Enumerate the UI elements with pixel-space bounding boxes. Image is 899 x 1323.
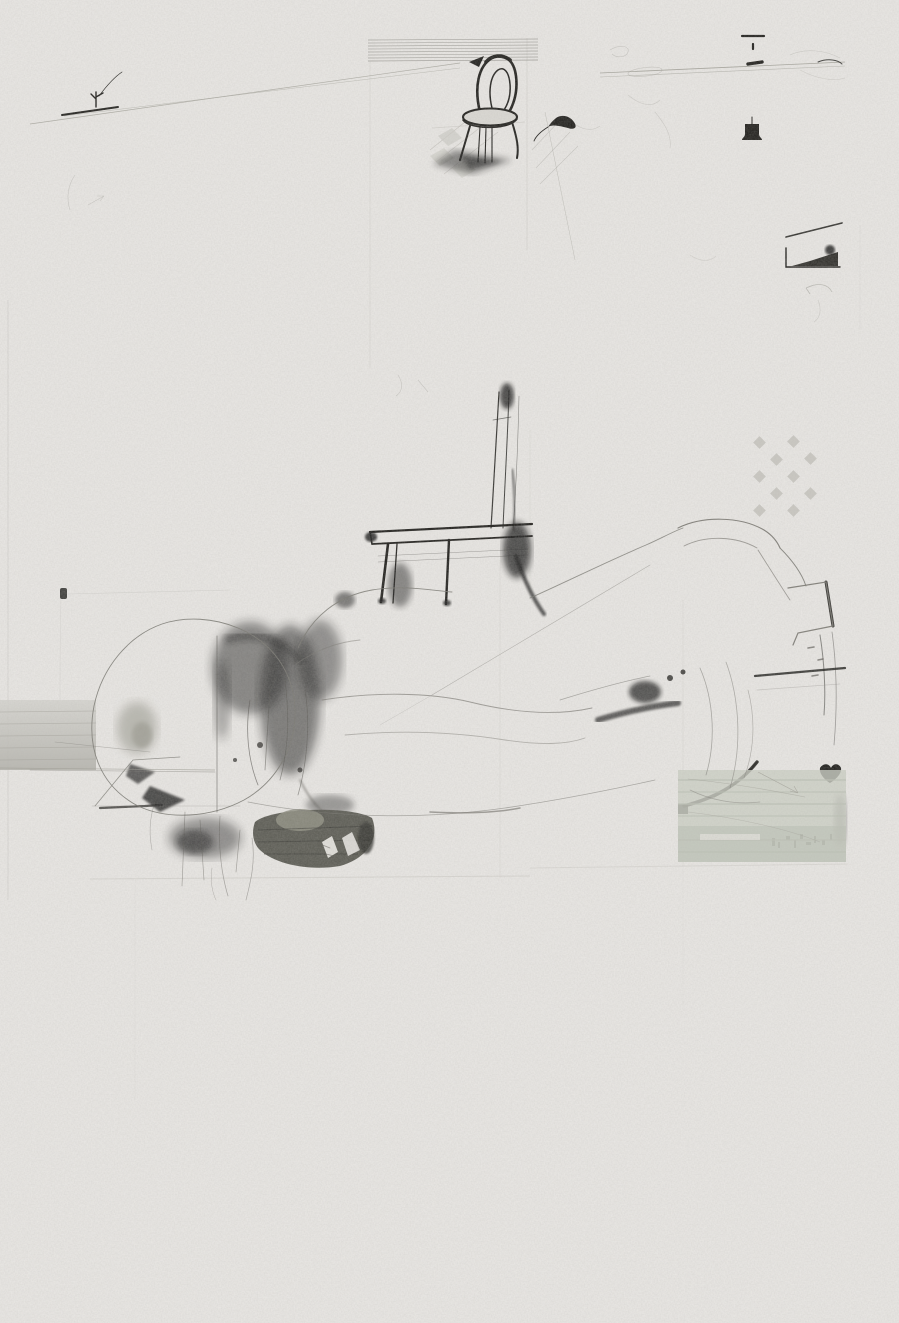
paper-noise-coarse	[0, 0, 899, 1323]
artwork-canvas	[0, 0, 899, 1323]
